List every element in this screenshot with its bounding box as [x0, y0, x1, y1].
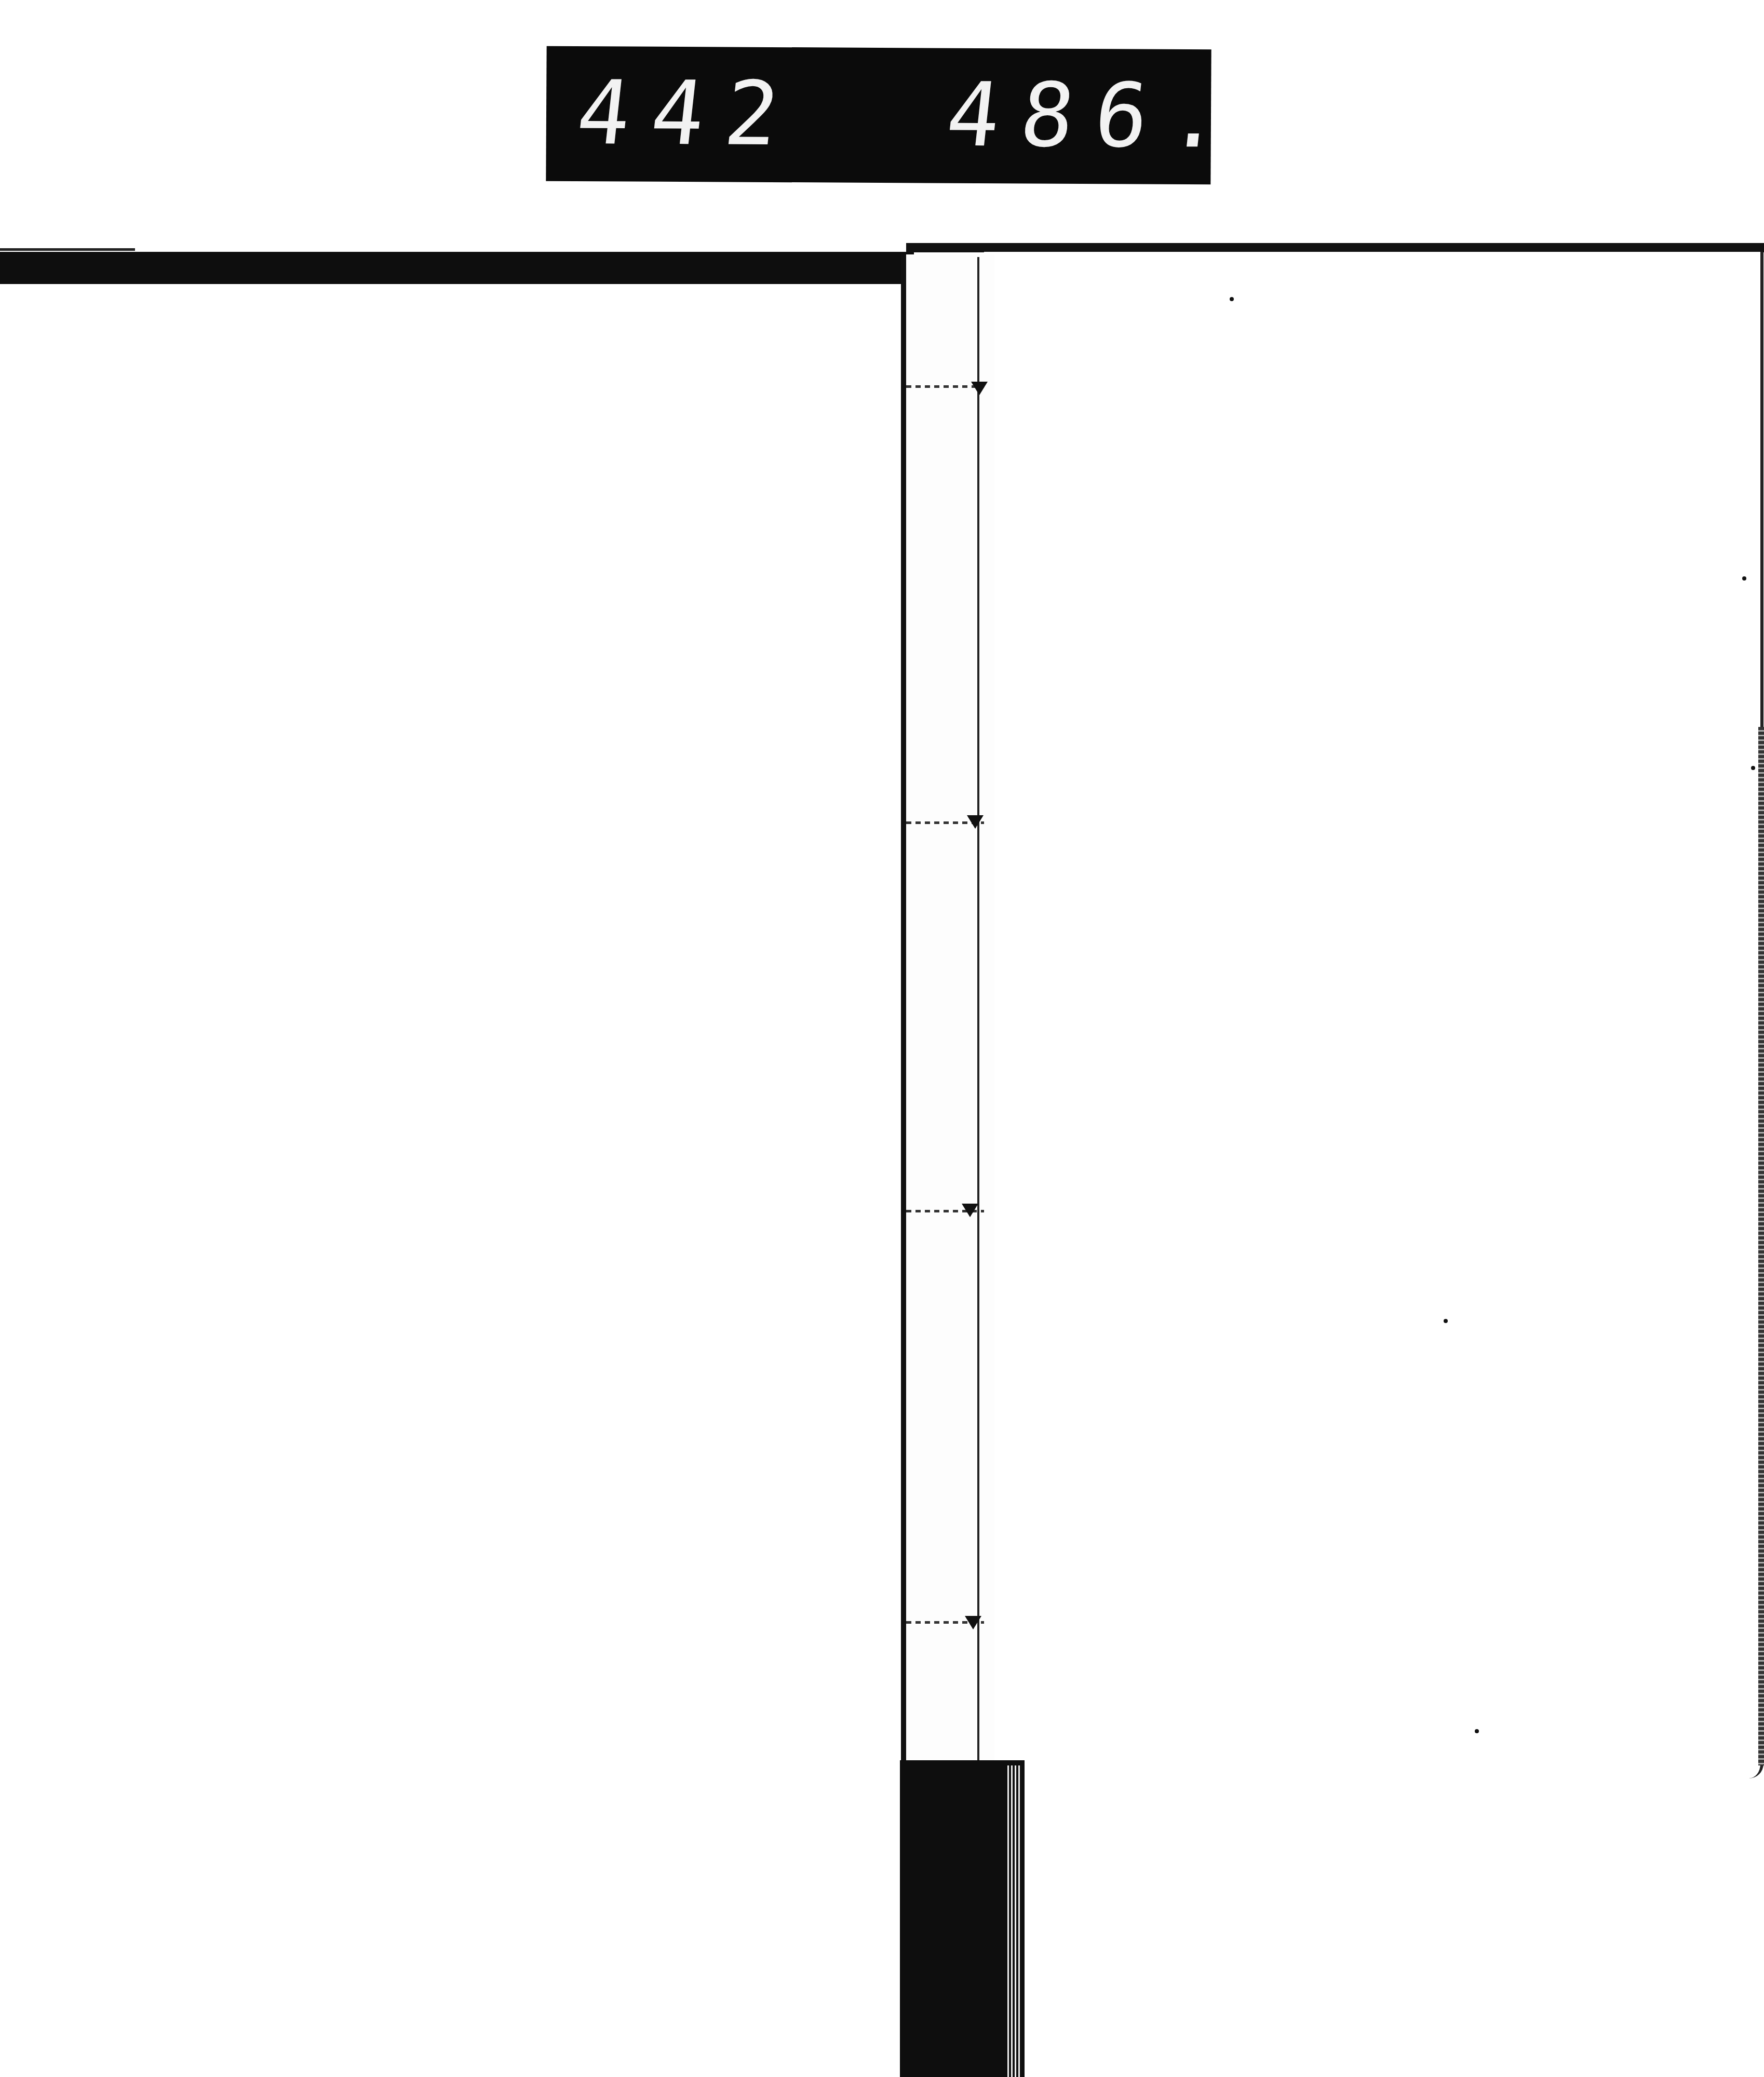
top-edge-line	[0, 248, 135, 251]
right-page-top-edge	[906, 243, 1764, 252]
scan-speck	[1751, 766, 1755, 770]
scan-speck	[1444, 1319, 1448, 1323]
binding-knot-icon	[971, 382, 988, 395]
book-spine	[901, 254, 994, 1763]
binding-knot-icon	[962, 1204, 978, 1217]
binding-knot-icon	[967, 815, 984, 829]
bottom-cover-edge	[1007, 1765, 1022, 2077]
microfilm-reel-label: 442 486.	[546, 46, 1211, 185]
top-dark-band	[0, 252, 914, 284]
scan-speck	[1742, 576, 1746, 581]
binding-knot-icon	[965, 1616, 981, 1629]
reel-number-text: 442 486.	[572, 62, 1248, 168]
scan-speck	[1230, 297, 1234, 301]
bottom-cover-block	[900, 1760, 1025, 2077]
right-page-fore-edge	[1758, 727, 1764, 1765]
scan-speck	[1475, 1729, 1479, 1733]
spine-gutter-line	[977, 257, 979, 1763]
right-page	[984, 252, 1763, 1778]
